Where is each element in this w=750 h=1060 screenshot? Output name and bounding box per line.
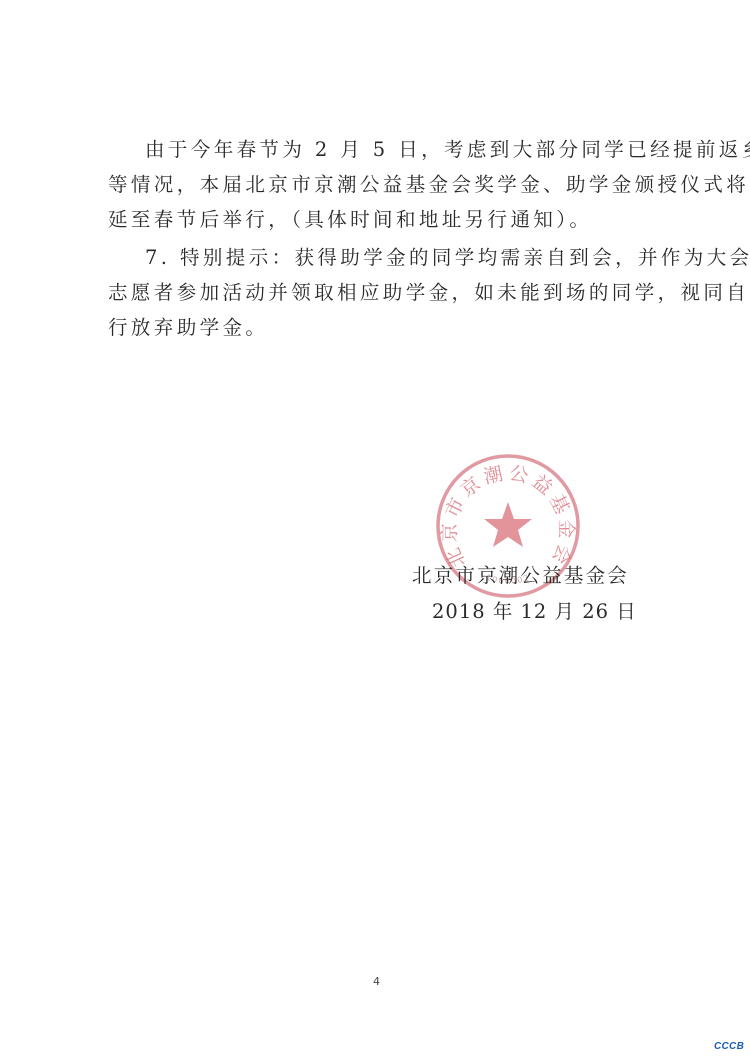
text-line: 行放弃助学金。 — [108, 310, 660, 345]
text-line: 延至春节后举行，（具体时间和地址另行通知）。 — [108, 202, 660, 237]
signature-organization: 北京市京潮公益基金会 — [412, 560, 629, 588]
text-line: 由于今年春节为 2 月 5 日，考虑到大部分同学已经提前返乡 — [108, 132, 660, 167]
paragraph-schedule-notice: 由于今年春节为 2 月 5 日，考虑到大部分同学已经提前返乡 等情况，本届北京市… — [108, 132, 660, 237]
text-line: 志愿者参加活动并领取相应助学金，如未能到场的同学，视同自 — [108, 275, 660, 310]
paragraph-special-notice: 7. 特别提示：获得助学金的同学均需亲自到会，并作为大会 志愿者参加活动并领取相… — [108, 240, 660, 345]
text-line: 7. 特别提示：获得助学金的同学均需亲自到会，并作为大会 — [108, 240, 660, 275]
watermark-logo: CCCB — [714, 1041, 744, 1052]
text-line: 等情况，本届北京市京潮公益基金会奖学金、助学金颁授仪式将 — [108, 167, 660, 202]
page-number: 4 — [373, 975, 380, 988]
signature-date: 2018 年 12 月 26 日 — [432, 596, 637, 624]
star-icon — [484, 502, 532, 547]
